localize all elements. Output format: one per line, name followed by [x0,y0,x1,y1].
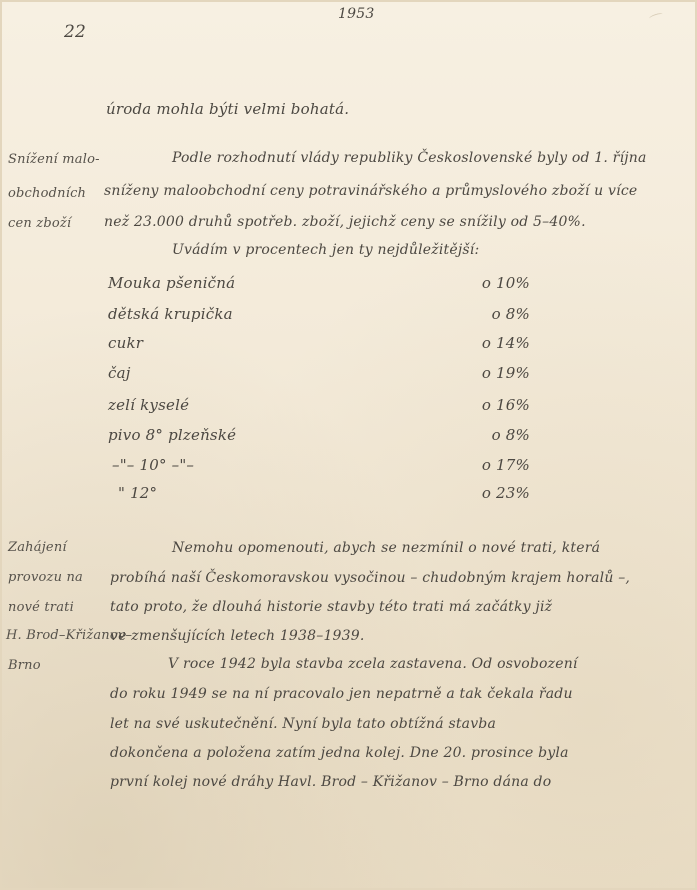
margin-note-line: nové trati [8,600,74,615]
carryover-line: úroda mohla býti velmi bohatá. [106,100,349,118]
price-cut-item: pivo 8° plzeňské [108,426,236,444]
paragraph-line: do roku 1949 se na ní pracovalo jen nepa… [110,686,573,702]
margin-note-line: obchodních [8,186,86,201]
margin-note-line: Snížení malo- [8,152,100,167]
paragraph-line: ve zmenšujících letech 1938–1939. [110,628,365,644]
paragraph-line: dokončena a položena zatím jedna kolej. … [110,745,569,761]
price-cut-item: dětská krupička [108,305,233,323]
margin-note-line: Brno [8,658,41,673]
price-cut-item: cukr [108,334,143,352]
chronicle-page: 22 1953 úroda mohla býti velmi bohatá. S… [0,0,697,890]
price-cut-item: –"– 10° –"– [112,456,194,474]
paragraph-line: první kolej nové dráhy Havl. Brod – Křiž… [110,774,551,790]
paragraph-line: tato proto, že dlouhá historie stavby té… [110,599,552,615]
year-heading: 1953 [338,6,374,22]
price-cut-item: zelí kyselé [108,396,189,414]
price-cut-value: o 10% [450,274,530,292]
price-cut-value: o 8% [450,305,530,323]
paragraph-line: Uvádím v procentech jen ty nejdůležitějš… [172,242,479,258]
paragraph-line: Podle rozhodnutí vlády republiky Českosl… [172,150,647,166]
page-number: 22 [64,22,86,42]
price-cut-value: o 16% [450,396,530,414]
paragraph-line: sníženy maloobchodní ceny potravinářskéh… [104,183,637,199]
paper-mark [649,12,664,21]
paragraph-line: než 23.000 druhů spotřeb. zboží, jejichž… [104,214,586,230]
price-cut-value: o 14% [450,334,530,352]
price-cut-item: " 12° [118,484,157,502]
margin-note-line: provozu na [8,570,83,585]
margin-note-line: Zahájení [8,540,67,555]
price-cut-item: Mouka pšeničná [108,274,235,292]
price-cut-value: o 19% [450,364,530,382]
paragraph-line: probíhá naší Českomoravskou vysočinou – … [110,570,630,586]
price-cut-item: čaj [108,364,131,382]
price-cut-value: o 8% [450,426,530,444]
price-cut-value: o 17% [450,456,530,474]
paragraph-line: Nemohu opomenouti, abych se nezmínil o n… [172,540,600,556]
price-cut-value: o 23% [450,484,530,502]
paragraph-line: let na své uskutečnění. Nyní byla tato o… [110,716,496,732]
margin-note-line: cen zboží [8,216,71,231]
paragraph-line: V roce 1942 byla stavba zcela zastavena.… [168,656,578,672]
